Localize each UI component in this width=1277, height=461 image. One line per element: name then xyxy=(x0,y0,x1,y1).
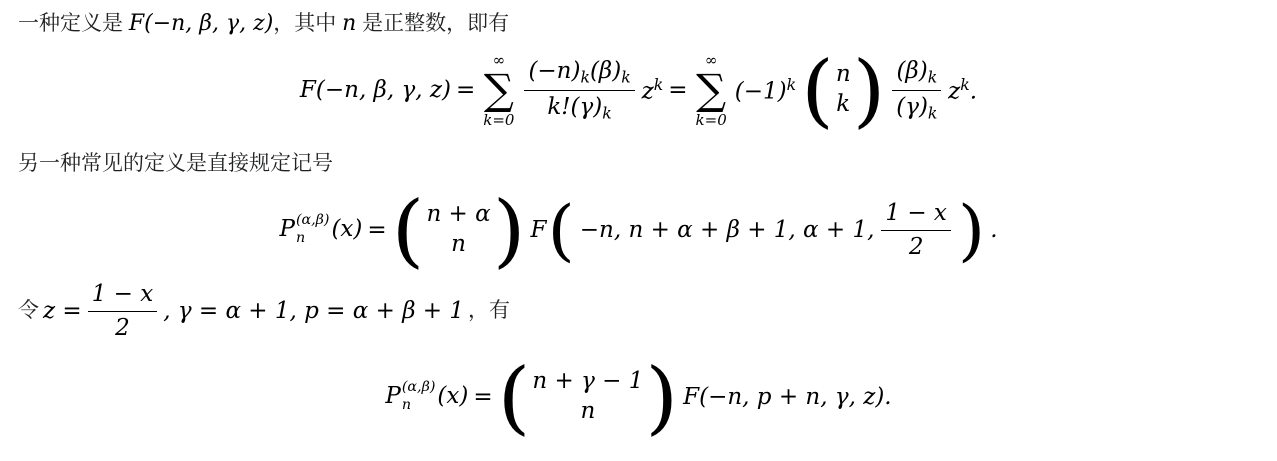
summation-operator: ∞ ∑ k=0 xyxy=(696,53,727,128)
equals-sign: = xyxy=(367,217,386,243)
inline-math-hypergeometric: F(−n, β, γ, z) xyxy=(129,11,273,36)
right-paren: ) xyxy=(645,378,678,416)
fraction-denominator: 2 xyxy=(115,312,130,343)
fraction-one-minus-x-over-2: 1 − x 2 xyxy=(88,280,158,343)
function-F: F xyxy=(530,217,546,243)
sigma-icon: ∑ xyxy=(696,68,726,113)
binom-bottom: n xyxy=(451,230,466,260)
p-scripts: (α,β)n xyxy=(296,212,330,248)
paragraph-substitution: 令 z = 1 − x 2 , γ = α + 1, p = α + β + 1… xyxy=(18,276,1277,346)
minus-one-power-k: (−1)k xyxy=(735,75,796,105)
inline-math-z-equals: z = xyxy=(43,295,82,327)
binom-top: n + α xyxy=(426,200,490,230)
fraction-numerator: 1 − x xyxy=(881,199,951,231)
z-power-k: zk xyxy=(642,75,664,105)
fraction-denominator: 2 xyxy=(909,231,924,262)
jacobi-symbol: P(α,β)n(x) xyxy=(385,379,468,415)
summation-operator: ∞ ∑ k=0 xyxy=(483,53,514,128)
right-paren: ) xyxy=(493,211,526,249)
right-paren: ) xyxy=(958,213,985,247)
binom-top: n + γ − 1 xyxy=(532,367,643,397)
formula-jacobi-gamma-form: P(α,β)n(x) = ( n + γ − 1n ) F(−n, p + n,… xyxy=(0,352,1277,442)
math-lhs: F(−n, β, γ, z) xyxy=(300,77,451,103)
sigma-icon: ∑ xyxy=(484,68,514,113)
document-page: 一种定义是 F(−n, β, γ, z)，其中 n 是正整数，即有 F(−n, … xyxy=(0,0,1277,442)
binomial-coefficient-n-k: ( nk ) xyxy=(801,60,885,120)
body-text: 令 xyxy=(18,295,39,327)
fraction-numerator: (β)k xyxy=(892,57,941,90)
paragraph-second-definition: 另一种常见的定义是直接规定记号 xyxy=(18,148,1277,180)
left-paren: ( xyxy=(498,378,531,416)
binom-top: n xyxy=(836,60,851,90)
period: . xyxy=(990,217,997,243)
jacobi-symbol: P(α,β)n(x) xyxy=(279,212,362,248)
z-power-k: zk. xyxy=(948,75,977,105)
formula-hypergeometric-series: F(−n, β, γ, z) = ∞ ∑ k=0 (−n)k(β)k k!(γ)… xyxy=(0,44,1277,136)
function-F-call: F(−n, p + n, γ, z). xyxy=(683,384,891,410)
fraction-denominator: (γ)k xyxy=(896,91,937,123)
fraction-beta-gamma: (β)k (γ)k xyxy=(892,57,941,122)
binom-bottom: n xyxy=(580,397,595,427)
binom-bottom: k xyxy=(836,90,850,120)
body-text: 是正整数，即有 xyxy=(356,12,509,35)
body-text: 一种定义是 xyxy=(18,12,129,35)
left-paren: ( xyxy=(547,213,574,247)
left-paren: ( xyxy=(801,71,834,109)
equals-sign: = xyxy=(456,77,475,103)
body-text: ，有 xyxy=(468,295,510,327)
period: . xyxy=(970,79,977,105)
body-text: 另一种常见的定义是直接规定记号 xyxy=(18,152,333,175)
left-paren: ( xyxy=(392,211,425,249)
body-text: ，其中 xyxy=(273,12,342,35)
binomial-coefficient-n-alpha: ( n + αn ) xyxy=(392,200,526,260)
p-scripts: (α,β)n xyxy=(402,379,436,415)
binomial-coefficient-n-gamma: ( n + γ − 1n ) xyxy=(498,367,679,427)
formula-jacobi-definition: P(α,β)n(x) = ( n + αn ) F ( −n, n + α + … xyxy=(0,186,1277,274)
equals-sign: = xyxy=(668,77,687,103)
right-paren: ) xyxy=(853,71,886,109)
inline-math-n: n xyxy=(342,11,356,36)
function-arguments: −n, n + α + β + 1, α + 1, xyxy=(580,217,875,243)
fraction-pochhammer: (−n)k(β)k k!(γ)k xyxy=(524,57,634,122)
sum-lower-limit: k=0 xyxy=(696,113,727,128)
equals-sign: = xyxy=(473,384,492,410)
fraction-one-minus-x-over-2: 1 − x 2 xyxy=(881,199,951,262)
sum-lower-limit: k=0 xyxy=(483,113,514,128)
paragraph-definition-intro: 一种定义是 F(−n, β, γ, z)，其中 n 是正整数，即有 xyxy=(18,8,1277,40)
inline-math-substitutions: , γ = α + 1, p = α + β + 1 xyxy=(163,295,464,327)
fraction-denominator: k!(γ)k xyxy=(547,91,611,123)
fraction-numerator: (−n)k(β)k xyxy=(524,57,634,90)
fraction-numerator: 1 − x xyxy=(88,280,158,312)
